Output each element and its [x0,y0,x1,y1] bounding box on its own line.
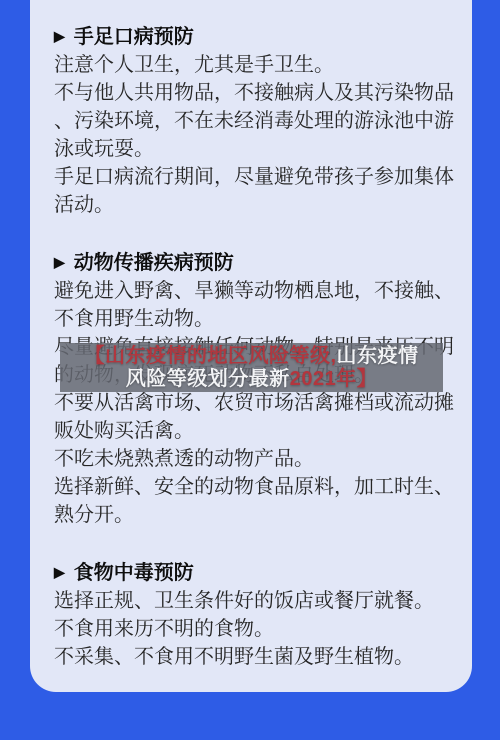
watermark-banner: 【山东疫情的地区风险等级,山东疫情风险等级划分最新2021年】 [60,343,443,392]
section-title: ▶ 食物中毒预防 [54,559,456,587]
banner-segment: 2021年】 [290,368,378,390]
section: ▶ 手足口病预防 注意个人卫生，尤其是手卫生。不与他人共用物品，不接触病人及其污… [54,23,456,219]
tip-item: 不采集、不食用不明野生菌及野生植物。 [54,643,456,671]
banner-segment: 【山东疫情的地区风险等级, [84,345,336,367]
triangle-bullet-icon: ▶ [54,22,65,50]
tip-item: 不吃未烧熟煮透的动物产品。 [54,445,456,473]
banner-segment: 山东疫情 [337,345,419,367]
section-title-text: 食物中毒预防 [74,559,194,587]
section-items: 避免进入野禽、旱獭等动物栖息地，不接触、不食用野生动物。尽量避免直接接触任何动物… [54,277,456,529]
tip-item: 选择正规、卫生条件好的饭店或餐厅就餐。 [54,587,456,615]
tip-item: 注意个人卫生，尤其是手卫生。 [54,51,456,79]
banner-line: 风险等级划分最新2021年】 [126,368,378,391]
page-background: ▶ 手足口病预防 注意个人卫生，尤其是手卫生。不与他人共用物品，不接触病人及其污… [0,0,500,740]
tip-item: 不要从活禽市场、农贸市场活禽摊档或流动摊贩处购买活禽。 [54,389,456,445]
tip-item: 选择新鲜、安全的动物食品原料，加工时生、熟分开。 [54,473,456,529]
banner-line: 【山东疫情的地区风险等级,山东疫情 [84,345,418,368]
banner-segment: 风险等级划分最新 [126,368,290,390]
section-items: 选择正规、卫生条件好的饭店或餐厅就餐。不食用来历不明的食物。不采集、不食用不明野… [54,587,456,671]
section-title: ▶ 动物传播疾病预防 [54,249,456,277]
section-title-text: 手足口病预防 [74,23,194,51]
tip-item: 不与他人共用物品，不接触病人及其污染物品、污染环境，不在未经消毒处理的游泳池中游… [54,79,456,163]
section-title: ▶ 手足口病预防 [54,23,456,51]
triangle-bullet-icon: ▶ [54,248,65,276]
triangle-bullet-icon: ▶ [54,558,65,586]
section: ▶ 食物中毒预防 选择正规、卫生条件好的饭店或餐厅就餐。不食用来历不明的食物。不… [54,559,456,671]
section-items: 注意个人卫生，尤其是手卫生。不与他人共用物品，不接触病人及其污染物品、污染环境，… [54,51,456,219]
tip-item: 避免进入野禽、旱獭等动物栖息地，不接触、不食用野生动物。 [54,277,456,333]
section-title-text: 动物传播疾病预防 [74,249,234,277]
tip-item: 不食用来历不明的食物。 [54,615,456,643]
tip-item: 手足口病流行期间，尽量避免带孩子参加集体活动。 [54,163,456,219]
